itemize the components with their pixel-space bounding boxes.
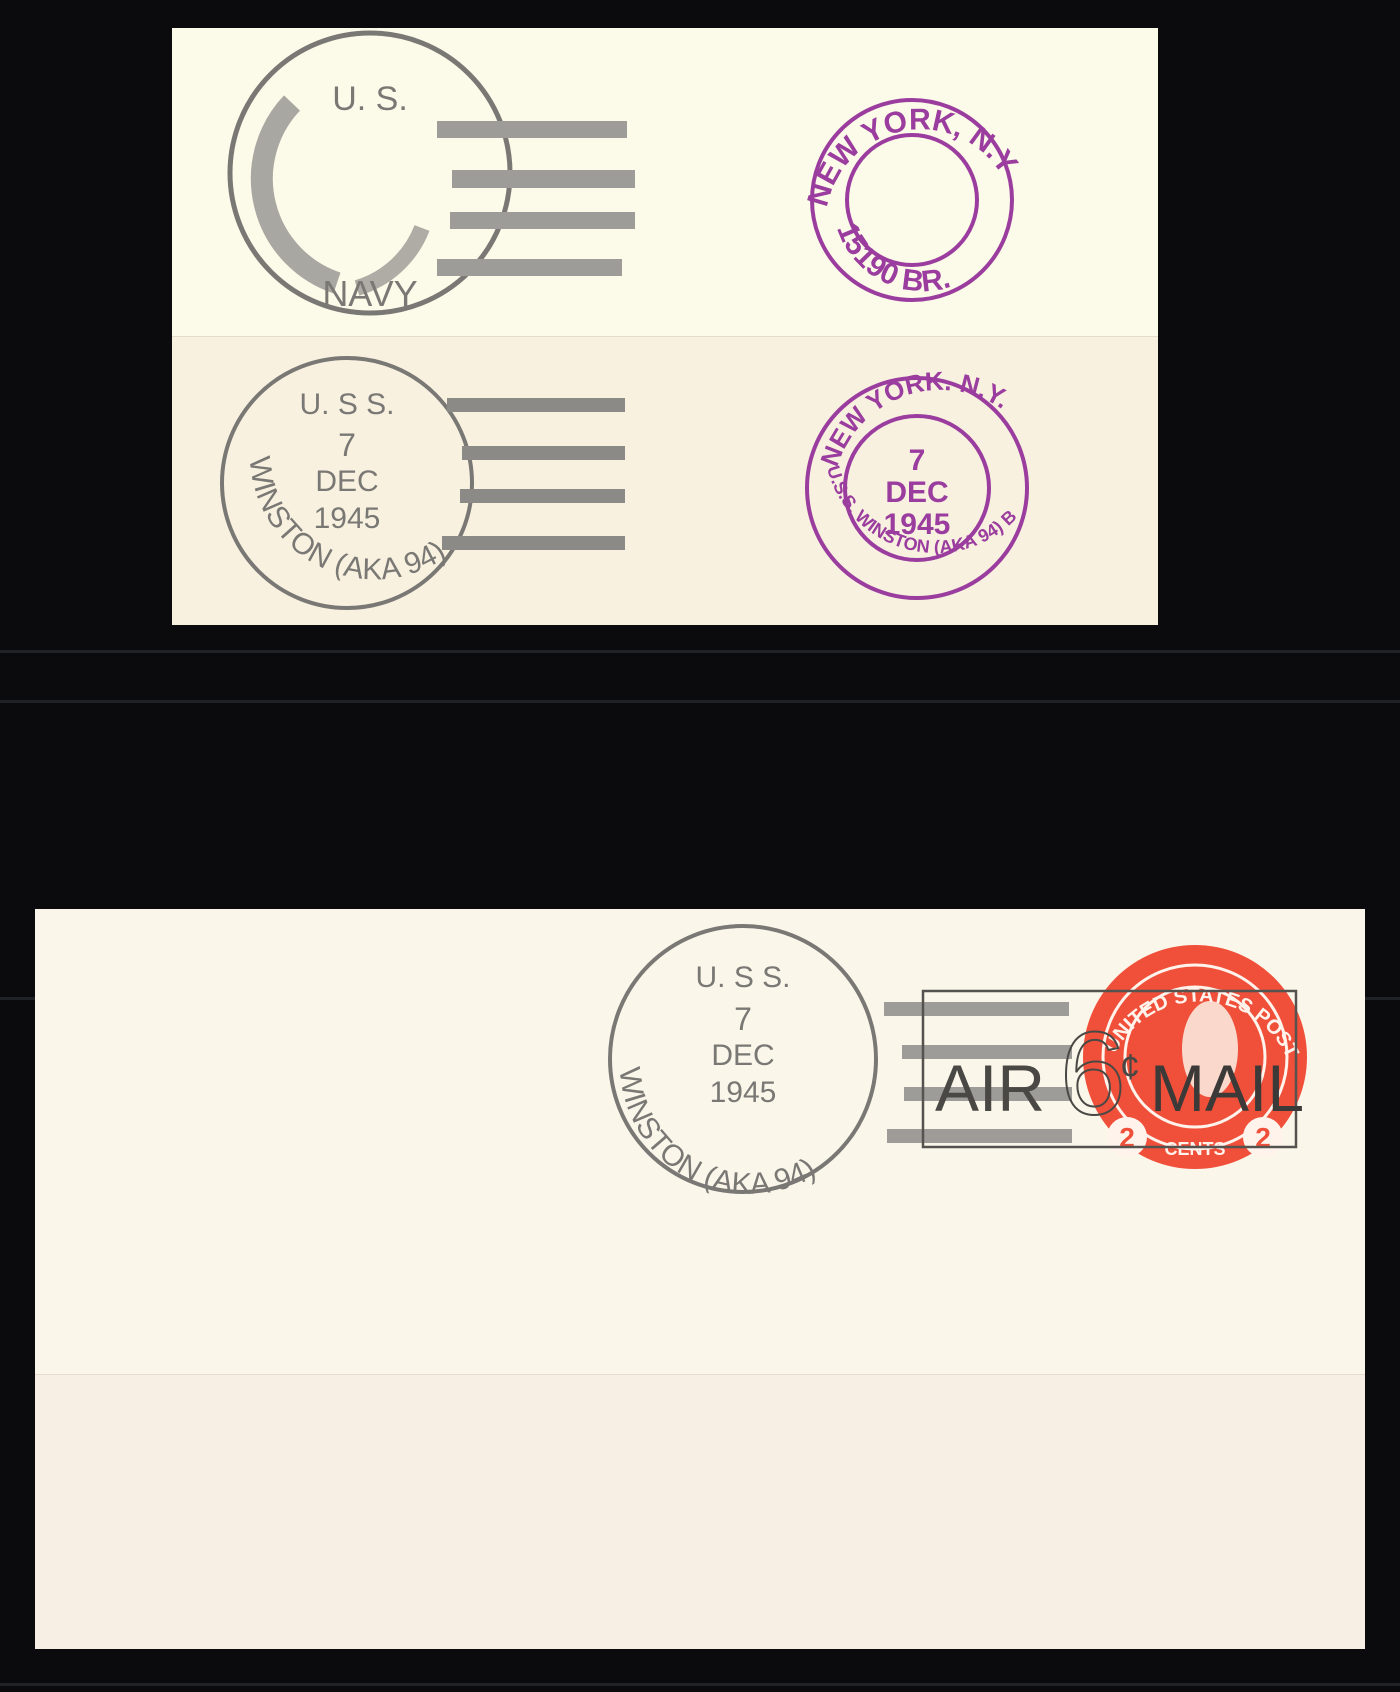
rate-value: 6 bbox=[1060, 1008, 1126, 1140]
uss-year: 1945 bbox=[314, 502, 381, 535]
ny2-year: 1945 bbox=[884, 508, 951, 541]
env-uss-year: 1945 bbox=[710, 1076, 777, 1109]
ny2-day: 7 bbox=[909, 444, 926, 477]
navy-bottom-text: NAVY bbox=[322, 273, 417, 314]
card-cancels: U. S. NAVY NEW YORK, N.Y. 15190 BR. U. S bbox=[172, 28, 1158, 624]
uss-month: DEC bbox=[315, 465, 378, 498]
uss-day: 7 bbox=[338, 427, 356, 463]
env-uss-month: DEC bbox=[711, 1039, 774, 1072]
cancellation-card: U. S. NAVY NEW YORK, N.Y. 15190 BR. U. S bbox=[172, 28, 1158, 624]
env-uss-top-text: U. S S. bbox=[695, 961, 790, 994]
envelope-cancels: U. S S. 7 DEC 1945 WINSTON (AKA 94) UNIT… bbox=[35, 909, 1365, 1648]
air-text: AIR bbox=[935, 1051, 1045, 1125]
uss-top-text: U. S S. bbox=[299, 388, 394, 421]
stamp-cents-text: CENTS bbox=[1164, 1139, 1225, 1159]
navy-top-text: U. S. bbox=[332, 80, 408, 118]
mail-text: MAIL bbox=[1150, 1051, 1304, 1125]
album-strip bbox=[0, 700, 1400, 703]
uss-winston-cancel: U. S S. 7 DEC 1945 WINSTON (AKA 94) bbox=[222, 358, 625, 608]
stamp-right-value: 2 bbox=[1255, 1122, 1271, 1153]
album-strip bbox=[0, 650, 1400, 653]
us-navy-cancel: U. S. NAVY bbox=[230, 33, 635, 314]
cent-sign: ¢ bbox=[1120, 1046, 1140, 1087]
album-strip bbox=[0, 1683, 1400, 1686]
env-uss-day: 7 bbox=[734, 1001, 752, 1037]
airmail-envelope: U. S S. 7 DEC 1945 WINSTON (AKA 94) UNIT… bbox=[35, 909, 1365, 1648]
ny2-month: DEC bbox=[885, 476, 948, 509]
ny-bottom-text: 15190 BR. bbox=[830, 218, 954, 299]
